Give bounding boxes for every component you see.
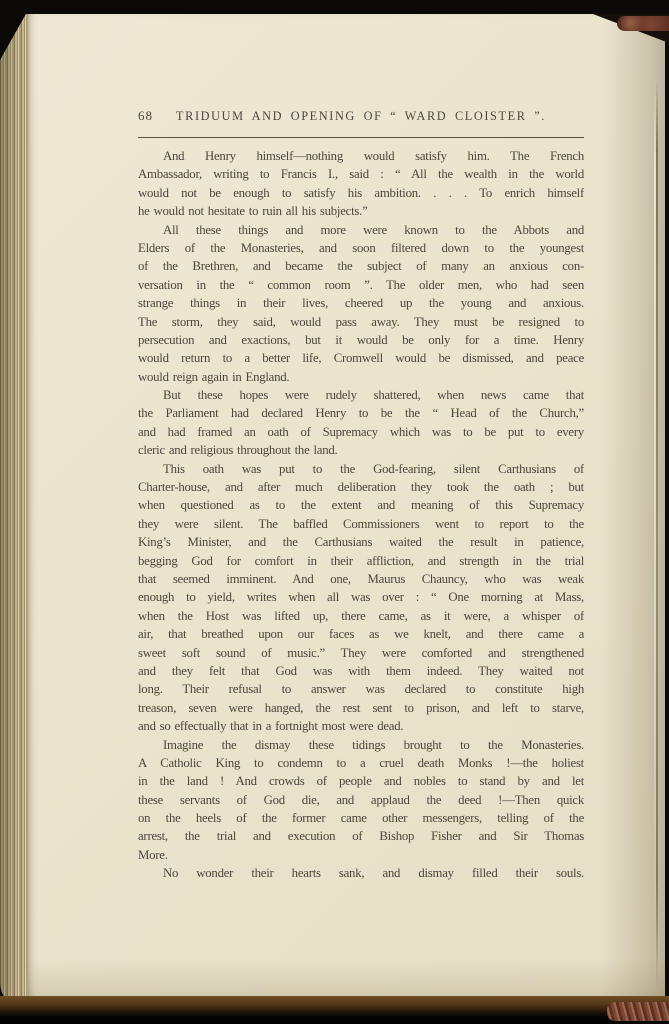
text-line: versation in the “ common room ”. The ol… bbox=[138, 276, 584, 294]
text-line: when the Host was lifted up, there came,… bbox=[138, 607, 584, 625]
text-line: More. bbox=[138, 846, 584, 864]
text-line: Imagine the dismay these tidings brought… bbox=[138, 736, 584, 754]
text-line: This oath was put to the God-fearing, si… bbox=[138, 460, 584, 478]
binding-corner-top-right bbox=[617, 16, 669, 31]
text-line: that seemed imminent. And one, Maurus Ch… bbox=[138, 570, 584, 588]
text-line: would not be enough to satisfy his ambit… bbox=[138, 184, 584, 202]
running-title: TRIDUUM AND OPENING OF “ WARD CLOISTER ”… bbox=[138, 106, 584, 126]
text-line: But these hopes were rudely shattered, w… bbox=[138, 386, 584, 404]
text-line: treason, seven were hanged, the rest sen… bbox=[138, 699, 584, 717]
paragraph: But these hopes were rudely shattered, w… bbox=[138, 386, 584, 460]
text-line: persecution and exactions, but it would … bbox=[138, 331, 584, 349]
paragraph: All these things and more were known to … bbox=[138, 221, 584, 387]
text-line: No wonder their hearts sank, and dismay … bbox=[138, 864, 584, 882]
text-line: on the heels of the former came other me… bbox=[138, 809, 584, 827]
gutter-crease bbox=[656, 78, 658, 990]
text-line: in the land ! And crowds of people and n… bbox=[138, 772, 584, 790]
body-text: And Henry himself—nothing would satisfy … bbox=[138, 147, 584, 883]
text-line: would reign again in England. bbox=[138, 368, 584, 386]
page-number: 68 bbox=[138, 106, 153, 126]
cover-strip-bottom bbox=[0, 996, 669, 1024]
paragraph: This oath was put to the God-fearing, si… bbox=[138, 460, 584, 736]
text-line: and they felt that God was with them ind… bbox=[138, 662, 584, 680]
text-line: Elders of the Monasteries, and soon filt… bbox=[138, 239, 584, 257]
text-line: enough to yield, writes when all was ove… bbox=[138, 588, 584, 606]
text-line: would return to a better life, Cromwell … bbox=[138, 349, 584, 367]
text-line: King’s Minister, and the Carthusians wai… bbox=[138, 533, 584, 551]
binding-corner-bottom-right bbox=[607, 1002, 669, 1021]
text-line: The storm, they said, would pass away. T… bbox=[138, 313, 584, 331]
paragraph: And Henry himself—nothing would satisfy … bbox=[138, 147, 584, 221]
running-header: 68 TRIDUUM AND OPENING OF “ WARD CLOISTE… bbox=[138, 106, 584, 126]
text-line: and so effectually that in a fortnight m… bbox=[138, 717, 584, 735]
text-line: Charter-house, and after much deliberati… bbox=[138, 478, 584, 496]
text-line: air, that breathed upon our faces as we … bbox=[138, 625, 584, 643]
text-line: they were silent. The baffled Commission… bbox=[138, 515, 584, 533]
text-line: of the Brethren, and became the subject … bbox=[138, 257, 584, 275]
text-line: sweet soft sound of music.” They were co… bbox=[138, 644, 584, 662]
text-line: strange things in their lives, cheered u… bbox=[138, 294, 584, 312]
text-line: long. Their refusal to answer was declar… bbox=[138, 680, 584, 698]
scanned-book-page-photo: 68 TRIDUUM AND OPENING OF “ WARD CLOISTE… bbox=[0, 0, 669, 1024]
text-line: begging God for comfort in their afflict… bbox=[138, 552, 584, 570]
text-line: And Henry himself—nothing would satisfy … bbox=[138, 147, 584, 165]
text-block: 68 TRIDUUM AND OPENING OF “ WARD CLOISTE… bbox=[138, 106, 584, 883]
paragraph: No wonder their hearts sank, and dismay … bbox=[138, 864, 584, 882]
text-line: cleric and religious throughout the land… bbox=[138, 441, 584, 459]
text-line: All these things and more were known to … bbox=[138, 221, 584, 239]
text-line: Ambassador, writing to Francis I., said … bbox=[138, 165, 584, 183]
text-line: when questioned as to the extent and mea… bbox=[138, 496, 584, 514]
paragraph: Imagine the dismay these tidings brought… bbox=[138, 736, 584, 865]
text-line: he would not hesitate to ruin all his su… bbox=[138, 202, 584, 220]
text-line: these servants of God die, and applaud t… bbox=[138, 791, 584, 809]
header-rule bbox=[138, 137, 584, 138]
page-edges-stack bbox=[0, 14, 30, 1000]
text-line: A Catholic King to condemn to a cruel de… bbox=[138, 754, 584, 772]
text-line: and had framed an oath of Supremacy whic… bbox=[138, 423, 584, 441]
text-line: the Parliament had declared Henry to be … bbox=[138, 404, 584, 422]
text-line: arrest, the trial and execution of Bisho… bbox=[138, 827, 584, 845]
